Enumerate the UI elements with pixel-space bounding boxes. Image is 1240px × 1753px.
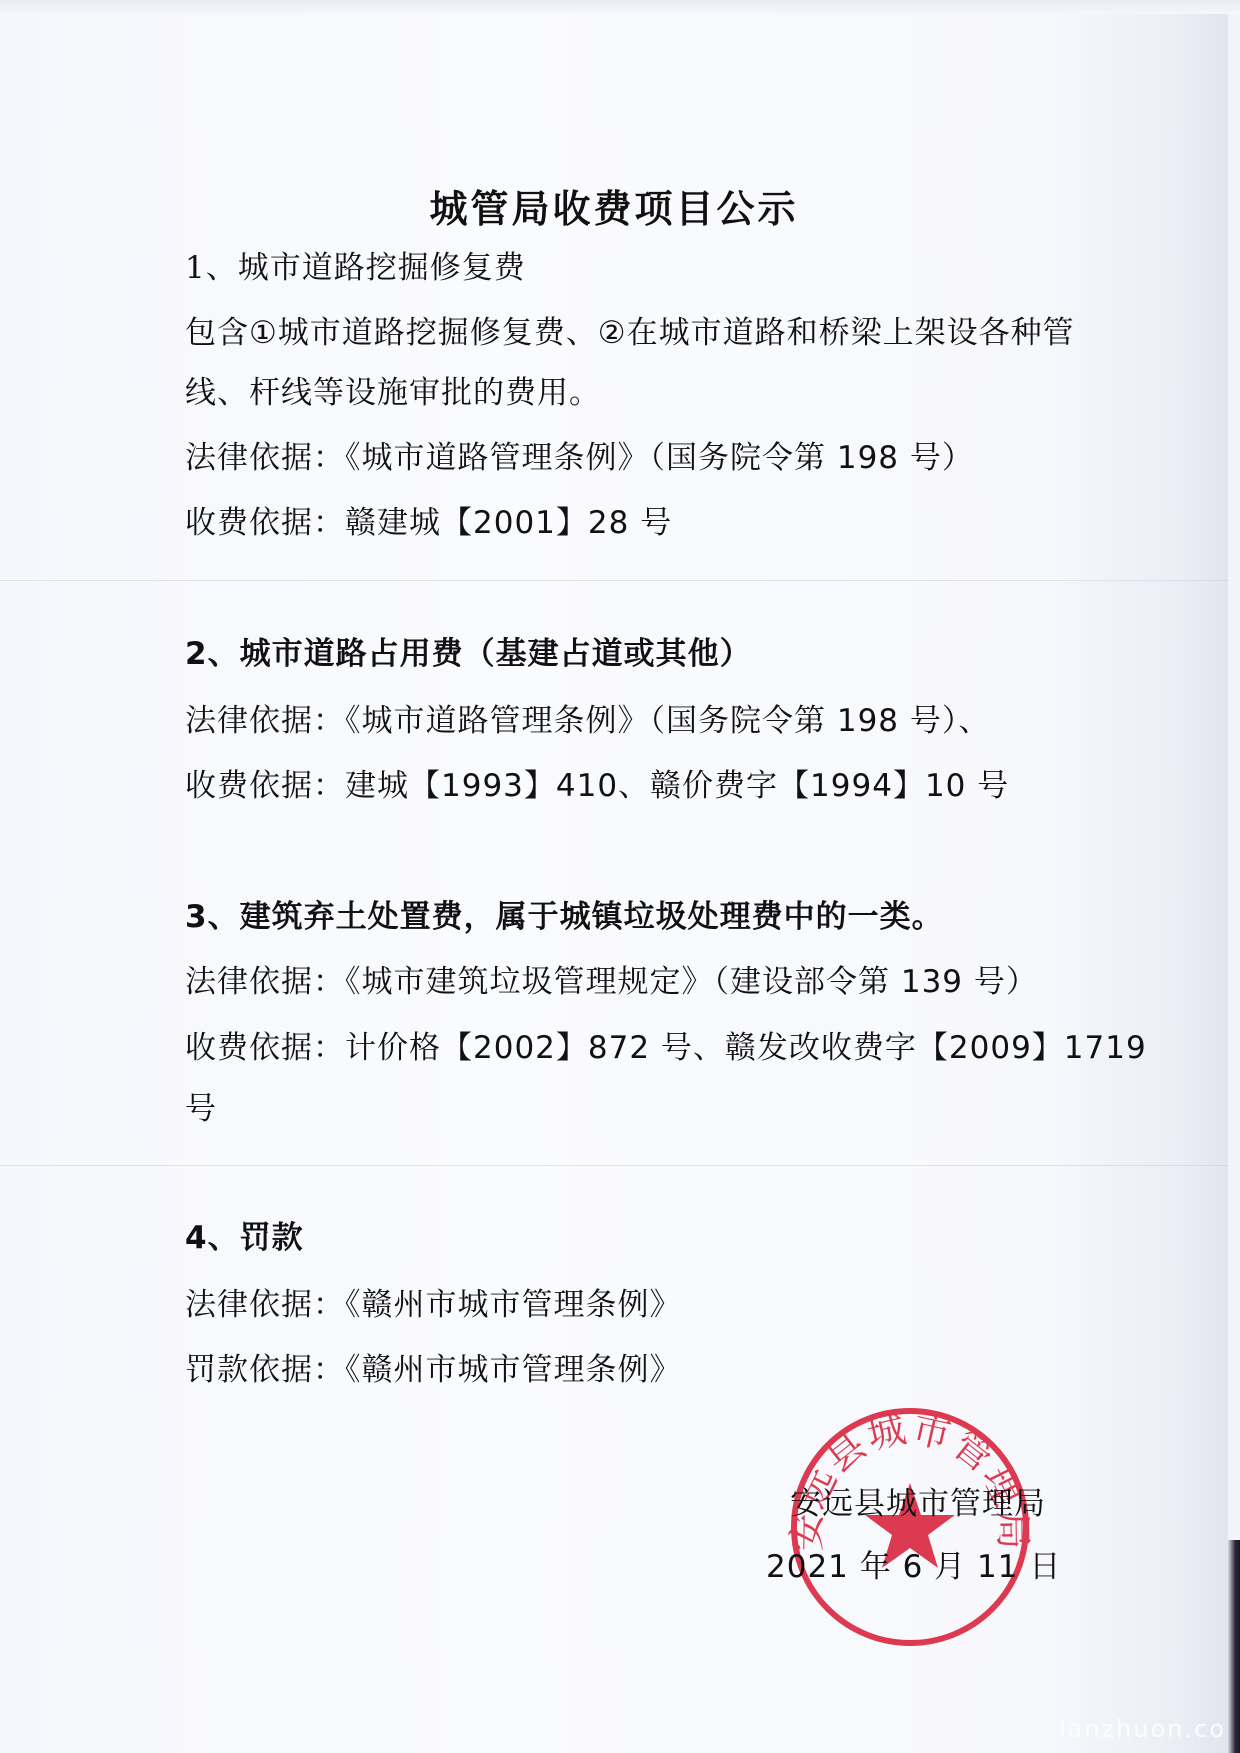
issuing-organization: 安远县城市管理局 <box>790 1484 1046 1524</box>
official-seal-stamp: 安远县城市管理局 <box>788 1405 1032 1649</box>
fold-line <box>0 580 1228 581</box>
section-1-heading: 1、城市道路挖掘修复费 <box>185 248 526 288</box>
issue-date: 2021 年 6 月 11 日 <box>766 1547 1061 1587</box>
section-2-heading: 2、城市道路占用费（基建占道或其他） <box>185 634 752 674</box>
section-3-legal-basis: 法律依据：《城市建筑垃圾管理规定》（建设部令第 139 号） <box>185 962 1038 1002</box>
section-1-line: 线、杆线等设施审批的费用。 <box>185 373 601 413</box>
section-4-penalty-basis: 罚款依据：《赣州市城市管理条例》 <box>185 1350 682 1390</box>
section-2-fee-basis: 收费依据：建城【1993】410、赣价费字【1994】10 号 <box>185 766 1009 806</box>
section-3-fee-basis-cont: 号 <box>185 1089 217 1129</box>
section-1-line: 包含①城市道路挖掘修复费、②在城市道路和桥梁上架设各种管 <box>185 313 1075 353</box>
paper-top-edge <box>0 0 1240 14</box>
fold-line <box>0 1165 1228 1166</box>
section-1-legal-basis: 法律依据：《城市道路管理条例》（国务院令第 198 号） <box>185 438 974 478</box>
section-1-fee-basis: 收费依据：赣建城【2001】28 号 <box>185 503 672 543</box>
section-2-legal-basis: 法律依据：《城市道路管理条例》（国务院令第 198 号）、 <box>185 701 990 741</box>
section-4-legal-basis: 法律依据：《赣州市城市管理条例》 <box>185 1285 682 1325</box>
section-4-heading: 4、罚款 <box>185 1218 304 1258</box>
document-title: 城管局收费项目公示 <box>0 178 1228 233</box>
section-3-heading: 3、建筑弃土处置费，属于城镇垃圾处理费中的一类。 <box>185 897 944 937</box>
paper-right-edge <box>1228 1540 1240 1753</box>
watermark: lanzhuon.co <box>1059 1715 1226 1743</box>
section-3-fee-basis: 收费依据：计价格【2002】872 号、赣发改收费字【2009】1719 <box>185 1028 1147 1068</box>
